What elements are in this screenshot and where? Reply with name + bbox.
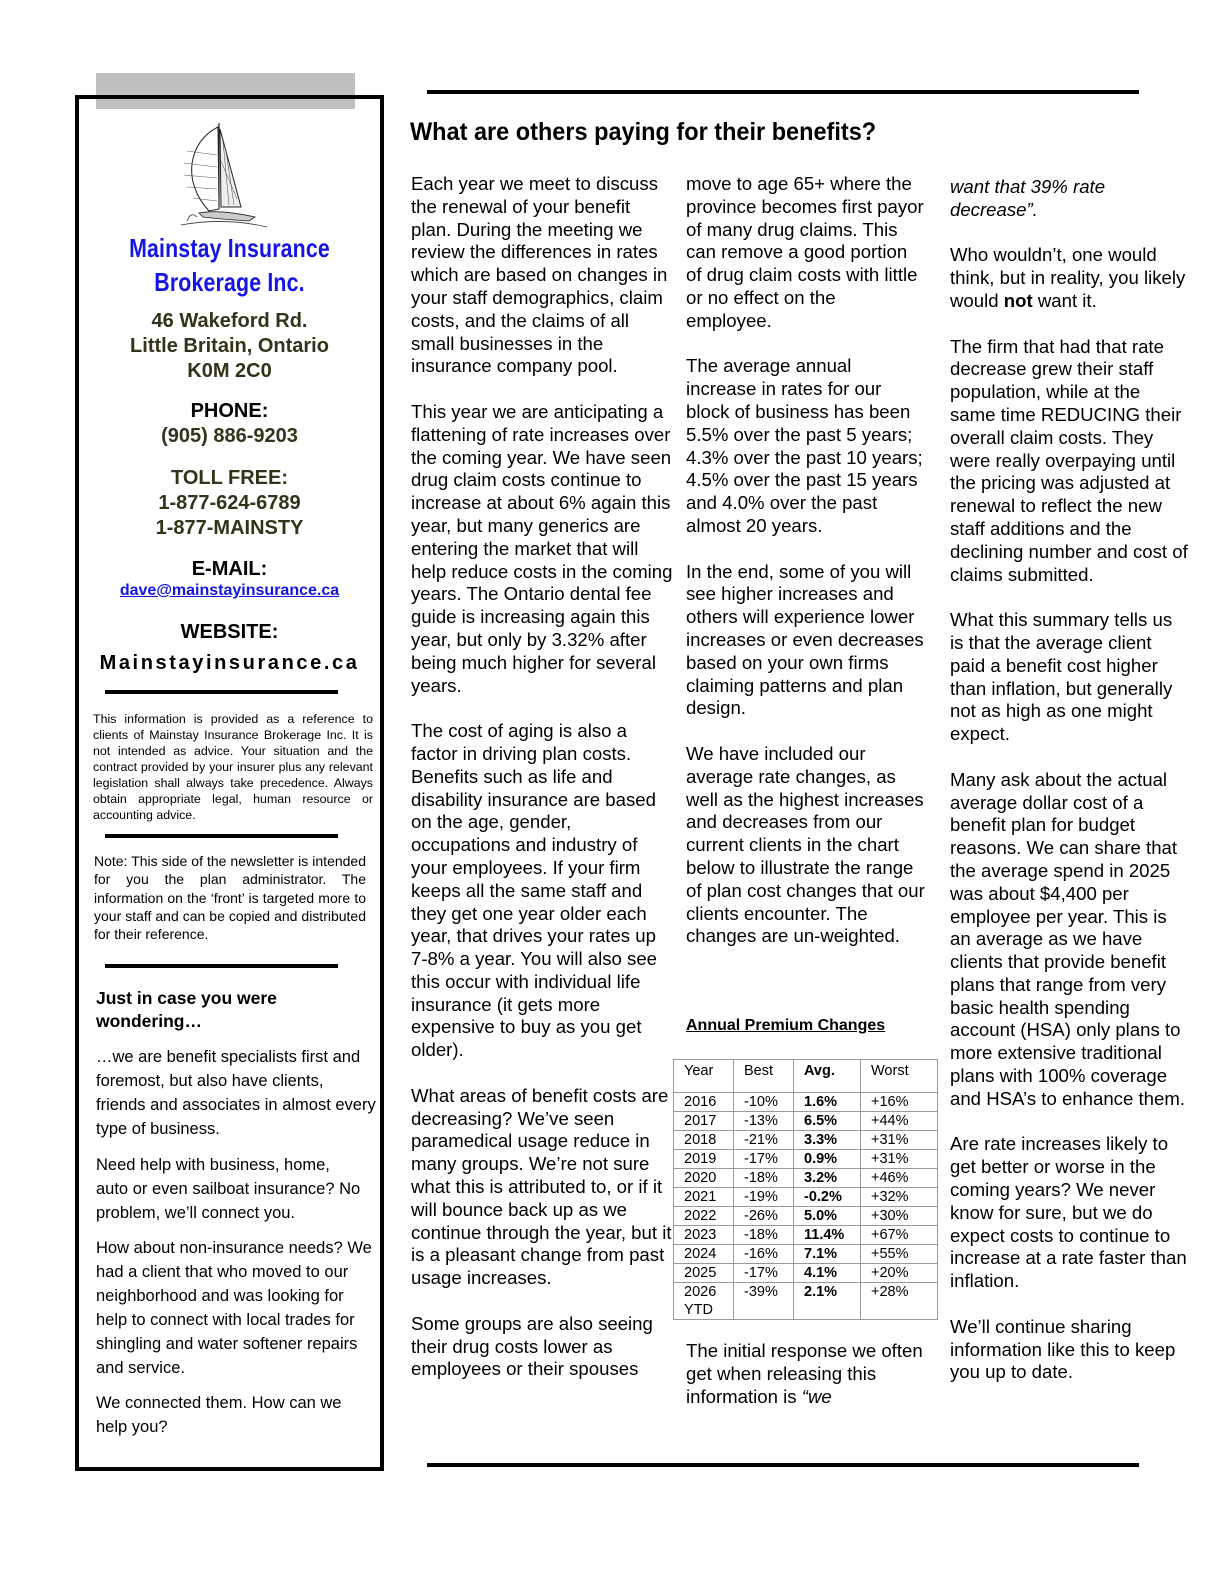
column-header: Avg. xyxy=(794,1060,861,1093)
paragraph: Who wouldn’t, one would think, but in re… xyxy=(950,244,1190,312)
cell-worst: +67% xyxy=(861,1226,938,1245)
cell-best: -16% xyxy=(734,1245,794,1264)
cell-avg: 4.1% xyxy=(794,1264,861,1283)
divider xyxy=(105,690,338,694)
cell-best: -10% xyxy=(734,1093,794,1112)
section-heading: Just in case you were wondering… xyxy=(96,987,366,1033)
cell-worst: +30% xyxy=(861,1207,938,1226)
article-column-3: want that 39% rate decrease”. Who wouldn… xyxy=(950,176,1190,1407)
cell-year: 2017 xyxy=(674,1112,734,1131)
cell-best: -18% xyxy=(734,1169,794,1188)
paragraph: …we are benefit specialists first and fo… xyxy=(96,1045,376,1141)
cell-avg: 3.2% xyxy=(794,1169,861,1188)
cell-year: 2025 xyxy=(674,1264,734,1283)
table-row: 2017-13%6.5%+44% xyxy=(674,1112,938,1131)
article-headline: What are others paying for their benefit… xyxy=(410,118,876,147)
email-link[interactable]: dave@mainstayinsurance.ca xyxy=(79,582,380,600)
paragraph: Need help with business, home, auto or e… xyxy=(96,1153,364,1225)
cell-worst: +55% xyxy=(861,1245,938,1264)
table-row: 2021-19%-0.2%+32% xyxy=(674,1188,938,1207)
cell-avg: 11.4% xyxy=(794,1226,861,1245)
sidebar-contact-panel: Mainstay Insurance Brokerage Inc. 46 Wak… xyxy=(75,95,384,1471)
cell-best: -39% xyxy=(734,1283,794,1320)
bottom-divider xyxy=(427,1463,1139,1467)
cell-best: -26% xyxy=(734,1207,794,1226)
paragraph: What this summary tells us is that the a… xyxy=(950,609,1190,746)
paragraph: What areas of benefit costs are decreasi… xyxy=(411,1085,673,1290)
company-address: 46 Wakeford Rd. Little Britain, Ontario … xyxy=(79,309,380,384)
cell-avg: 7.1% xyxy=(794,1245,861,1264)
table-row: 2024-16%7.1%+55% xyxy=(674,1245,938,1264)
company-name: Mainstay Insurance Brokerage Inc. xyxy=(106,231,353,299)
table-title: Annual Premium Changes xyxy=(686,1017,885,1035)
paragraph: This year we are anticipating a flatteni… xyxy=(411,401,673,697)
disclaimer-text: This information is provided as a refere… xyxy=(93,711,373,823)
cell-worst: +46% xyxy=(861,1169,938,1188)
cell-year: 2024 xyxy=(674,1245,734,1264)
cell-worst: +32% xyxy=(861,1188,938,1207)
table-header-row: Year Best Avg. Worst xyxy=(674,1060,938,1093)
cell-worst: +31% xyxy=(861,1150,938,1169)
cell-best: -18% xyxy=(734,1226,794,1245)
paragraph: Are rate increases likely to get better … xyxy=(950,1133,1190,1293)
cell-year: 2019 xyxy=(674,1150,734,1169)
paragraph: move to age 65+ where the province becom… xyxy=(686,173,926,333)
cell-avg: 5.0% xyxy=(794,1207,861,1226)
paragraph: Many ask about the actual average dollar… xyxy=(950,769,1190,1111)
cell-year: 2023 xyxy=(674,1226,734,1245)
cell-best: -21% xyxy=(734,1131,794,1150)
website-link[interactable]: Mainstayinsurance.ca xyxy=(79,652,380,675)
cell-year: 2026 YTD xyxy=(674,1283,734,1320)
cell-avg: 1.6% xyxy=(794,1093,861,1112)
table-row: 2022-26%5.0%+30% xyxy=(674,1207,938,1226)
divider xyxy=(105,964,338,968)
sailboat-icon xyxy=(179,121,269,231)
quote-text: “we xyxy=(802,1386,832,1407)
cell-avg: -0.2% xyxy=(794,1188,861,1207)
emphasis-text: not xyxy=(1004,290,1033,311)
table-row: 2019-17%0.9%+31% xyxy=(674,1150,938,1169)
cell-worst: +44% xyxy=(861,1112,938,1131)
cell-best: -17% xyxy=(734,1150,794,1169)
quote-text: want that 39% rate decrease”. xyxy=(950,176,1105,220)
phone-label: PHONE: xyxy=(79,399,380,424)
article-column-1: Each year we meet to discuss the renewal… xyxy=(411,173,673,1404)
email-label: E-MAIL: xyxy=(79,557,380,582)
paragraph: The firm that had that rate decrease gre… xyxy=(950,336,1190,587)
article-column-2-continued: The initial response we often get when r… xyxy=(686,1340,926,1408)
paragraph: How about non-insurance needs? We had a … xyxy=(96,1236,376,1380)
cell-avg: 2.1% xyxy=(794,1283,861,1320)
paragraph: We’ll continue sharing information like … xyxy=(950,1316,1190,1384)
cell-year: 2020 xyxy=(674,1169,734,1188)
paragraph: We connected them. How can we help you? xyxy=(96,1391,366,1439)
table-row: 2016-10%1.6%+16% xyxy=(674,1093,938,1112)
cell-worst: +20% xyxy=(861,1264,938,1283)
cell-year: 2022 xyxy=(674,1207,734,1226)
paragraph: The average annual increase in rates for… xyxy=(686,355,926,537)
cell-avg: 6.5% xyxy=(794,1112,861,1131)
tollfree-label: TOLL FREE: xyxy=(79,466,380,491)
column-header: Best xyxy=(734,1060,794,1093)
cell-worst: +28% xyxy=(861,1283,938,1320)
paragraph: In the end, some of you will see higher … xyxy=(686,561,926,721)
tollfree-number: 1-877-624-6789 xyxy=(79,491,380,516)
cell-year: 2016 xyxy=(674,1093,734,1112)
top-divider xyxy=(427,90,1139,94)
cell-worst: +31% xyxy=(861,1131,938,1150)
cell-avg: 0.9% xyxy=(794,1150,861,1169)
table-row: 2020-18%3.2%+46% xyxy=(674,1169,938,1188)
article-column-2: move to age 65+ where the province becom… xyxy=(686,173,926,971)
website-label: WEBSITE: xyxy=(79,620,380,645)
table-row: 2023-18%11.4%+67% xyxy=(674,1226,938,1245)
cell-best: -17% xyxy=(734,1264,794,1283)
cell-year: 2021 xyxy=(674,1188,734,1207)
cell-avg: 3.3% xyxy=(794,1131,861,1150)
table-row: 2026 YTD-39%2.1%+28% xyxy=(674,1283,938,1320)
column-header: Year xyxy=(674,1060,734,1093)
paragraph: Some groups are also seeing their drug c… xyxy=(411,1313,673,1381)
phone-number: (905) 886-9203 xyxy=(79,424,380,449)
table-row: 2025-17%4.1%+20% xyxy=(674,1264,938,1283)
cell-best: -13% xyxy=(734,1112,794,1131)
note-text: Note: This side of the newsletter is int… xyxy=(94,852,366,943)
cell-worst: +16% xyxy=(861,1093,938,1112)
paragraph: The cost of aging is also a factor in dr… xyxy=(411,720,673,1062)
premium-changes-table: Year Best Avg. Worst 2016-10%1.6%+16% 20… xyxy=(673,1059,938,1320)
paragraph: Each year we meet to discuss the renewal… xyxy=(411,173,673,378)
divider xyxy=(105,834,338,838)
table-row: 2018-21%3.3%+31% xyxy=(674,1131,938,1150)
column-header: Worst xyxy=(861,1060,938,1093)
cell-year: 2018 xyxy=(674,1131,734,1150)
tollfree-vanity-number: 1-877-MAINSTY xyxy=(79,516,380,541)
paragraph: We have included our average rate change… xyxy=(686,743,926,948)
cell-best: -19% xyxy=(734,1188,794,1207)
